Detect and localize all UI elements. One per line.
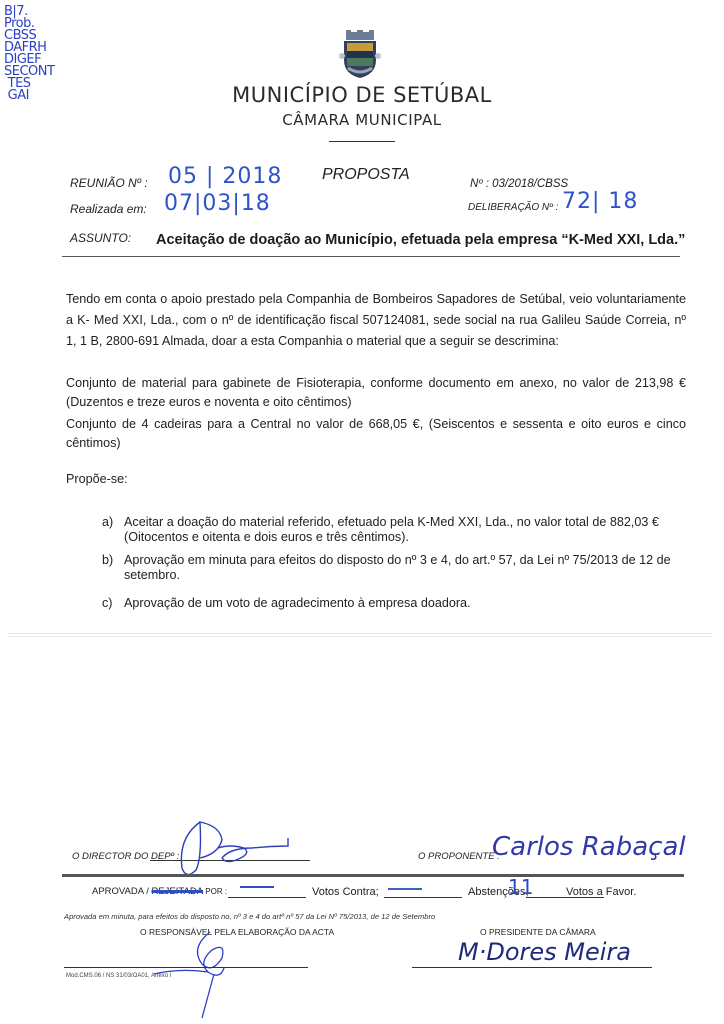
reuniao-label: REUNIÃO Nº : [70, 176, 148, 190]
votos-favor-label: Votos a Favor. [566, 886, 636, 898]
votos-contra-label: Votos Contra; [312, 886, 379, 898]
proposal-marker: b) [102, 553, 113, 568]
director-signature [160, 818, 300, 880]
scan-fold-line [8, 633, 712, 634]
proposal-number: Nº : 03/2018/CBSS [470, 178, 568, 190]
deliberacao-value: 72| 18 [562, 189, 638, 214]
item-chairs: Conjunto de 4 cadeiras para a Central no… [66, 415, 686, 453]
propoe-label: Propõe-se: [66, 469, 686, 490]
realizada-label: Realizada em: [70, 202, 147, 216]
approved-label: APROVADA / [92, 886, 151, 897]
item-physiotherapy: Conjunto de material para gabinete de Fi… [66, 374, 686, 412]
proposal-text: Aprovação em minuta para efeitos do disp… [124, 553, 686, 583]
proposal-text: Aceitar a doação do material referido, e… [124, 515, 686, 545]
header-divider [62, 256, 680, 257]
intro-paragraph: Tendo em conta o apoio prestado pela Com… [66, 289, 686, 352]
proposal-c: c) Aprovação de um voto de agradecimento… [102, 596, 686, 612]
proposal-marker: c) [102, 596, 113, 611]
proponente-label: O PROPONENTE : [418, 851, 500, 862]
presidente-signature: M·Dores Meira [458, 938, 631, 966]
abstencoes-line [384, 897, 462, 898]
votos-favor-value: 11 [508, 875, 533, 899]
realizada-value: 07|03|18 [164, 191, 271, 216]
proposal-b: b) Aprovação em minuta para efeitos do d… [102, 553, 686, 585]
chamber-subtitle: CÂMARA MUNICIPAL [0, 111, 724, 129]
presidente-label: O PRESIDENTE DA CÂMARA [480, 927, 596, 937]
proposal-a: a) Aceitar a doação do material referido… [102, 515, 686, 547]
por-label: POR : [203, 887, 227, 896]
minuta-note: Aprovada em minuta, para efeitos do disp… [64, 912, 435, 921]
title-divider [329, 141, 395, 142]
approval-status: APROVADA / REJEITADA POR : [92, 886, 227, 897]
votos-contra-line [228, 897, 306, 898]
abstencoes-dash [388, 888, 422, 890]
proponente-signature: Carlos Rabaçal [492, 832, 686, 862]
municipality-title: MUNICÍPIO DE SETÚBAL [0, 83, 724, 107]
presidente-signature-line [412, 967, 652, 968]
assunto-value: Aceitação de doação ao Município, efetua… [156, 232, 685, 248]
rejected-struck-label: REJEITADA [151, 886, 203, 897]
reuniao-value: 05 | 2018 [168, 164, 282, 189]
deliberacao-label: DELIBERAÇÃO Nº : [468, 202, 558, 213]
assunto-label: ASSUNTO: [70, 231, 131, 245]
proposal-text: Aprovação de um voto de agradecimento à … [124, 596, 686, 611]
coat-of-arms-icon [338, 30, 382, 80]
signature-divider [62, 874, 684, 877]
document-type: PROPOSTA [322, 166, 410, 184]
scan-fold-line [8, 636, 712, 637]
proposal-marker: a) [102, 515, 113, 530]
responsavel-signature-line [64, 967, 308, 968]
form-code: Mod.CMS.06 / NS 31/03/OA01, Anexo I [66, 973, 171, 979]
votos-contra-dash [240, 886, 274, 888]
